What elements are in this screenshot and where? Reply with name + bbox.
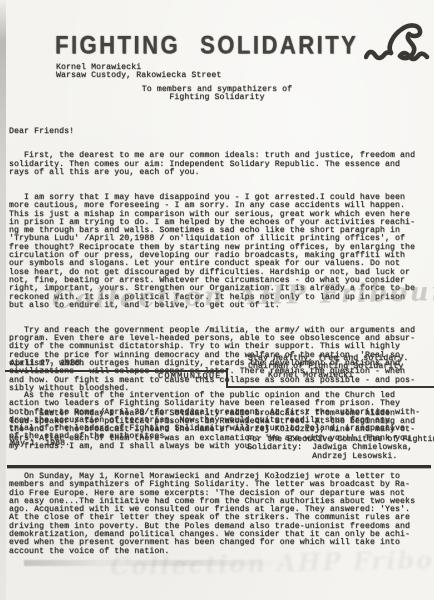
masthead-word-solidarity: SOLIDARITY	[200, 31, 358, 60]
solidarity-anchor-icon	[364, 20, 430, 68]
sender-address: Warsaw Custody, Rakowiecka Street	[56, 71, 221, 80]
postscript-paragraph: On Sunday, May 1, Kornel Morawiecki and …	[9, 473, 431, 556]
addressee-block: To members and sympathizers of Fighting …	[0, 86, 434, 103]
letter-date: April 27, 1988.	[10, 360, 85, 368]
letter-closing-signature: Stay healthy, free and solidary. Chairma…	[248, 355, 408, 380]
communique-signature: For the Executive Committee of Fighting …	[247, 436, 434, 461]
letter-paragraph-2: I am sorry that I may have disappoind yo…	[9, 194, 431, 310]
letter-salutation: Dear Friends!	[9, 128, 431, 136]
masthead-title: FIGHTING SOLIDARITY	[55, 31, 358, 60]
sender-block: Kornel MorawieckiWarsaw Custody, Rakowie…	[56, 64, 221, 81]
scan-smudge	[24, 560, 284, 566]
communique-date: May 1, 1988.	[10, 440, 70, 448]
communique-divider-right	[226, 386, 434, 388]
letter-paragraph-1: First, the dearest to me are our common …	[9, 152, 431, 177]
communique-divider-step	[226, 368, 228, 388]
masthead-word-fighting: FIGHTING	[55, 31, 180, 60]
section-rule	[7, 465, 431, 468]
scanned-letter-page: FIGHTING SOLIDARITY Kornel MorawieckiWar…	[0, 0, 434, 600]
communique-title: COMMUNIQUE	[158, 372, 222, 380]
